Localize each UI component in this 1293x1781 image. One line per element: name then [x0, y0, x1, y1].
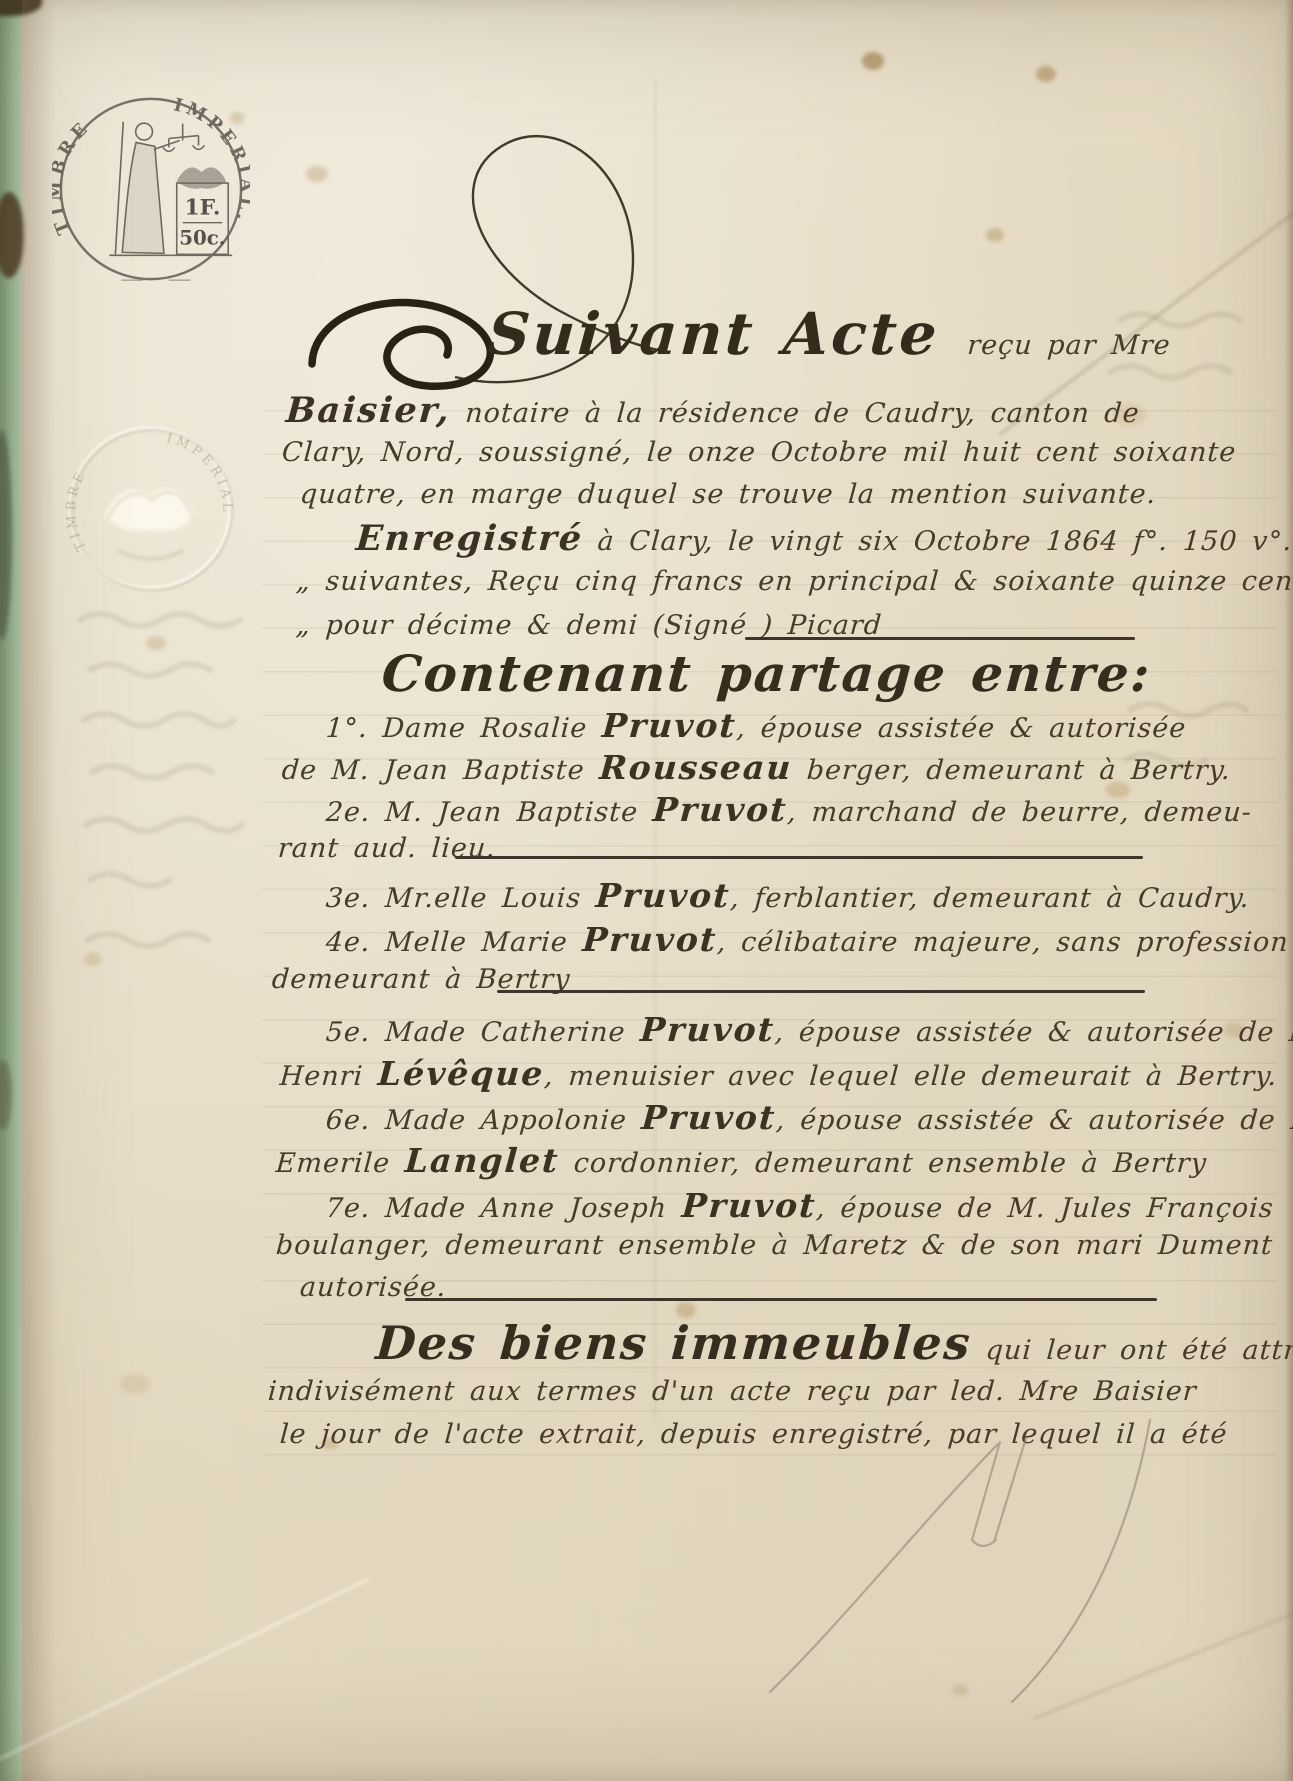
embossed-seal: TIMBRE IMPERIAL: [60, 418, 240, 598]
binding-wear: [0, 430, 12, 640]
surname: Pruvot: [581, 920, 718, 959]
embossed-arc-left: TIMBRE: [64, 467, 90, 553]
party-line: Henri Lévêque, menuisier avec lequel ell…: [279, 1054, 1279, 1093]
line-text: 2e. M. Jean Baptiste: [325, 797, 654, 828]
surname: Pruvot: [601, 706, 738, 745]
party-line: rant aud. lieu.: [277, 833, 497, 864]
ink-rule: [497, 990, 1145, 993]
handwritten-line: quatre, en marge duquel se trouve la men…: [299, 479, 1157, 510]
party-line: 2e. M. Jean Baptiste Pruvot, marchand de…: [325, 790, 1254, 829]
surname: Pruvot: [652, 790, 789, 829]
stamp-value-cent: 50c.: [179, 225, 225, 249]
surname: Langlet: [404, 1141, 561, 1180]
party-line: 7e. Made Anne Joseph Pruvot, épouse de M…: [325, 1186, 1276, 1225]
party-line: 6e. Made Appolonie Pruvot, épouse assist…: [325, 1098, 1293, 1137]
ink-rule: [745, 637, 1135, 640]
document-page: TIMBRE IMPERIAL. 1F. 50c.: [0, 0, 1293, 1781]
opening-rest: reçu par Mre: [966, 330, 1172, 361]
stain: [120, 1374, 150, 1394]
line-text: , épouse assistée & autorisée de M.: [774, 1017, 1293, 1048]
surname: Pruvot: [681, 1186, 818, 1225]
line-text: , célibataire majeure, sans profession: [716, 927, 1290, 958]
paper-edge-shadow: [1285, 0, 1293, 1781]
handwritten-line: Enregistré à Clary, le vingt six Octobre…: [355, 518, 1293, 559]
line-text: 4e. Melle Marie: [325, 927, 584, 958]
line-text: Henri: [279, 1061, 379, 1092]
line-text: de M. Jean Baptiste: [281, 755, 601, 786]
line-text: 7e. Made Anne Joseph: [325, 1193, 683, 1224]
revenue-stamp: TIMBRE IMPERIAL. 1F. 50c.: [52, 86, 250, 294]
party-line: boulanger, demeurant ensemble à Maretz &…: [275, 1230, 1274, 1261]
notary-name: Baisier,: [285, 390, 453, 431]
stamp-value-franc: 1F.: [184, 196, 220, 221]
line-text: , marchand de beurre, demeu-: [786, 797, 1253, 828]
stain: [1036, 66, 1056, 82]
party-line: 5e. Made Catherine Pruvot, épouse assist…: [325, 1010, 1293, 1049]
line-text: , menuisier avec lequel elle demeurait à…: [543, 1061, 1278, 1092]
handwritten-line: Clary, Nord, soussigné, le onze Octobre …: [281, 437, 1237, 468]
line-text: cordonnier, demeurant ensemble à Bertry: [558, 1148, 1208, 1179]
line-text: 5e. Made Catherine: [325, 1017, 642, 1048]
handwritten-line: „ suivantes, Reçu cinq francs en princip…: [295, 566, 1293, 597]
party-line: 4e. Melle Marie Pruvot, célibataire maje…: [325, 920, 1291, 959]
line-text: berger, demeurant à Bertry.: [791, 755, 1232, 786]
line-text: , ferblantier, demeurant à Caudry.: [729, 883, 1251, 914]
binding-wear: [0, 1060, 12, 1130]
line-text: , épouse assistée & autorisée: [735, 713, 1187, 744]
line-text: Emerile: [275, 1148, 406, 1179]
line-text: notaire à la résidence de Caudry, canton…: [464, 398, 1141, 429]
party-line: 1°. Dame Rosalie Pruvot, épouse assistée…: [325, 706, 1188, 745]
surname: Lévêque: [377, 1054, 546, 1093]
ink-rule: [455, 856, 1143, 859]
opening-words: Suivant Acte: [486, 300, 942, 368]
party-line: 3e. Mr.elle Louis Pruvot, ferblantier, d…: [325, 876, 1252, 915]
surname: Pruvot: [639, 1010, 776, 1049]
stain: [986, 228, 1004, 242]
line-text: 6e. Made Appolonie: [325, 1105, 643, 1136]
line-text: 3e. Mr.elle Louis: [325, 883, 597, 914]
embossed-eagle: [104, 488, 196, 531]
ink-rule: [405, 1298, 1157, 1301]
heading-words: Des biens immeubles: [374, 1316, 973, 1370]
surname: Rousseau: [598, 748, 794, 787]
line-text: , épouse de M. Jules François: [815, 1193, 1275, 1224]
section-heading: Des biens immeubles qui leur ont été att…: [374, 1316, 1293, 1370]
opening-line: Suivant Acte reçu par Mre: [486, 300, 1174, 368]
section-heading: Contenant partage entre:: [380, 644, 1153, 703]
stamp-arc-left-text: TIMBRE: [52, 116, 95, 238]
stain: [862, 52, 884, 70]
registered-word: Enregistré: [355, 518, 585, 559]
surname: Pruvot: [595, 876, 732, 915]
line-text: , épouse assistée & autorisée de M.: [775, 1105, 1293, 1136]
pencil-paraph: [700, 1380, 1200, 1740]
line-text: qui leur ont été attribués: [985, 1335, 1293, 1366]
handwritten-line: Baisier, notaire à la résidence de Caudr…: [285, 390, 1142, 431]
line-text: 1°. Dame Rosalie: [325, 713, 603, 744]
imperial-eagle: [177, 167, 227, 188]
party-line: Emerile Langlet cordonnier, demeurant en…: [275, 1141, 1209, 1180]
line-text: à Clary, le vingt six Octobre 1864 f°. 1…: [596, 526, 1293, 557]
surname: Pruvot: [640, 1098, 777, 1137]
party-line: de M. Jean Baptiste Rousseau berger, dem…: [281, 748, 1233, 787]
